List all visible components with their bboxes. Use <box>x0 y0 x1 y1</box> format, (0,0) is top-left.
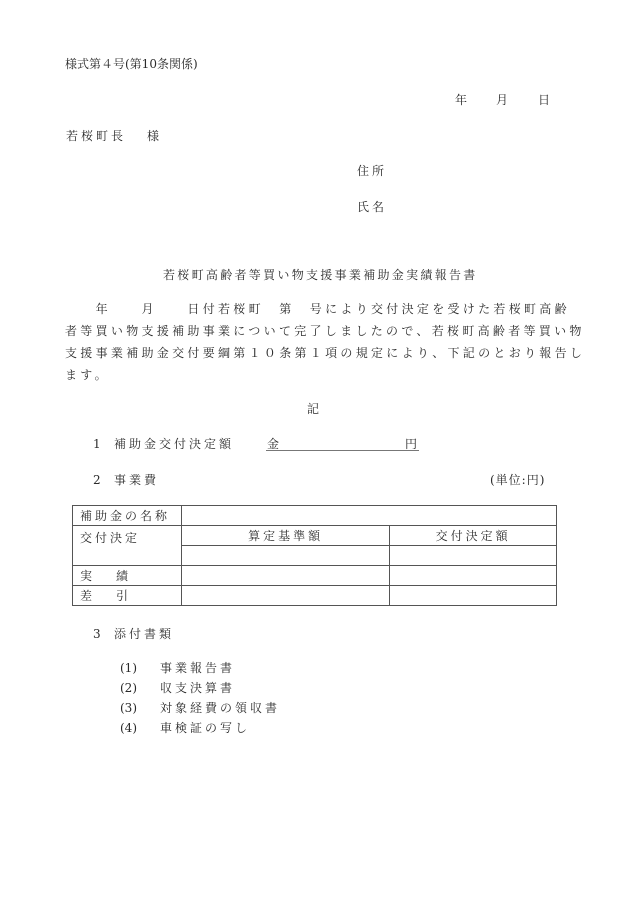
body-line: 年 月 日付若桜町 第 号により交付決定を受けた若桜町高齢 <box>65 298 565 320</box>
row-label: 補助金の名称 <box>73 506 182 526</box>
attachment-number: (4) <box>120 722 137 734</box>
body-paragraph: 年 月 日付若桜町 第 号により交付決定を受けた若桜町高齢 者等買い物支援補助事… <box>65 298 565 386</box>
name-label: 氏名 <box>357 201 387 213</box>
section-3-number: 3 <box>93 628 101 640</box>
difference-base-cell[interactable] <box>181 586 390 606</box>
expense-table: 補助金の名称 交付決定 算定基準額 交付決定額 実 績 差 引 <box>72 505 557 606</box>
actual-decision-cell[interactable] <box>390 566 557 586</box>
amount-suffix: 円 <box>405 438 417 450</box>
table-row: 実 績 <box>73 566 557 586</box>
unit-label: (単位:円) <box>490 474 545 486</box>
ki-heading: 記 <box>307 403 319 415</box>
body-line: ます。 <box>65 364 565 386</box>
section-1-label: 補助金交付決定額 <box>114 438 234 450</box>
difference-decision-cell[interactable] <box>390 586 557 606</box>
attachment-item: 収支決算書 <box>160 682 235 694</box>
amount-prefix: 金 <box>267 438 279 450</box>
form-number: 様式第４号(第10条関係) <box>65 58 198 70</box>
address-label: 住所 <box>357 165 387 177</box>
date-month: 月 <box>496 94 508 106</box>
date-year: 年 <box>455 94 467 106</box>
attachment-item: 車検証の写し <box>160 722 250 734</box>
body-line: 支援事業補助金交付要綱第１０条第１項の規定により、下記のとおり報告し <box>65 342 565 364</box>
table-row: 補助金の名称 <box>73 506 557 526</box>
section-3-label: 添付書類 <box>114 628 174 640</box>
column-header: 交付決定額 <box>390 526 557 546</box>
table-row: 差 引 <box>73 586 557 606</box>
attachment-item: 対象経費の領収書 <box>160 702 280 714</box>
addressee-honorific: 様 <box>147 130 159 142</box>
subsidy-name-field[interactable] <box>181 506 556 526</box>
decision-amount-cell[interactable] <box>390 546 557 566</box>
base-amount-cell[interactable] <box>181 546 390 566</box>
row-label: 交付決定 <box>73 526 182 566</box>
actual-base-cell[interactable] <box>181 566 390 586</box>
document-title: 若桜町高齢者等買い物支援事業補助金実績報告書 <box>163 269 478 281</box>
row-label: 差 引 <box>73 586 182 606</box>
attachment-number: (1) <box>120 662 137 674</box>
addressee-name: 若桜町長 <box>66 130 126 142</box>
row-label: 実 績 <box>73 566 182 586</box>
section-1-number: 1 <box>93 438 101 450</box>
column-header: 算定基準額 <box>181 526 390 546</box>
table-row: 交付決定 算定基準額 交付決定額 <box>73 526 557 546</box>
amount-field[interactable] <box>266 436 419 451</box>
section-2-label: 事業費 <box>114 474 159 486</box>
attachment-number: (3) <box>120 702 137 714</box>
section-2-number: 2 <box>93 474 101 486</box>
attachment-number: (2) <box>120 682 137 694</box>
body-line: 者等買い物支援補助事業について完了しましたので、若桜町高齢者等買い物 <box>65 320 565 342</box>
attachment-item: 事業報告書 <box>160 662 235 674</box>
date-day: 日 <box>538 94 550 106</box>
